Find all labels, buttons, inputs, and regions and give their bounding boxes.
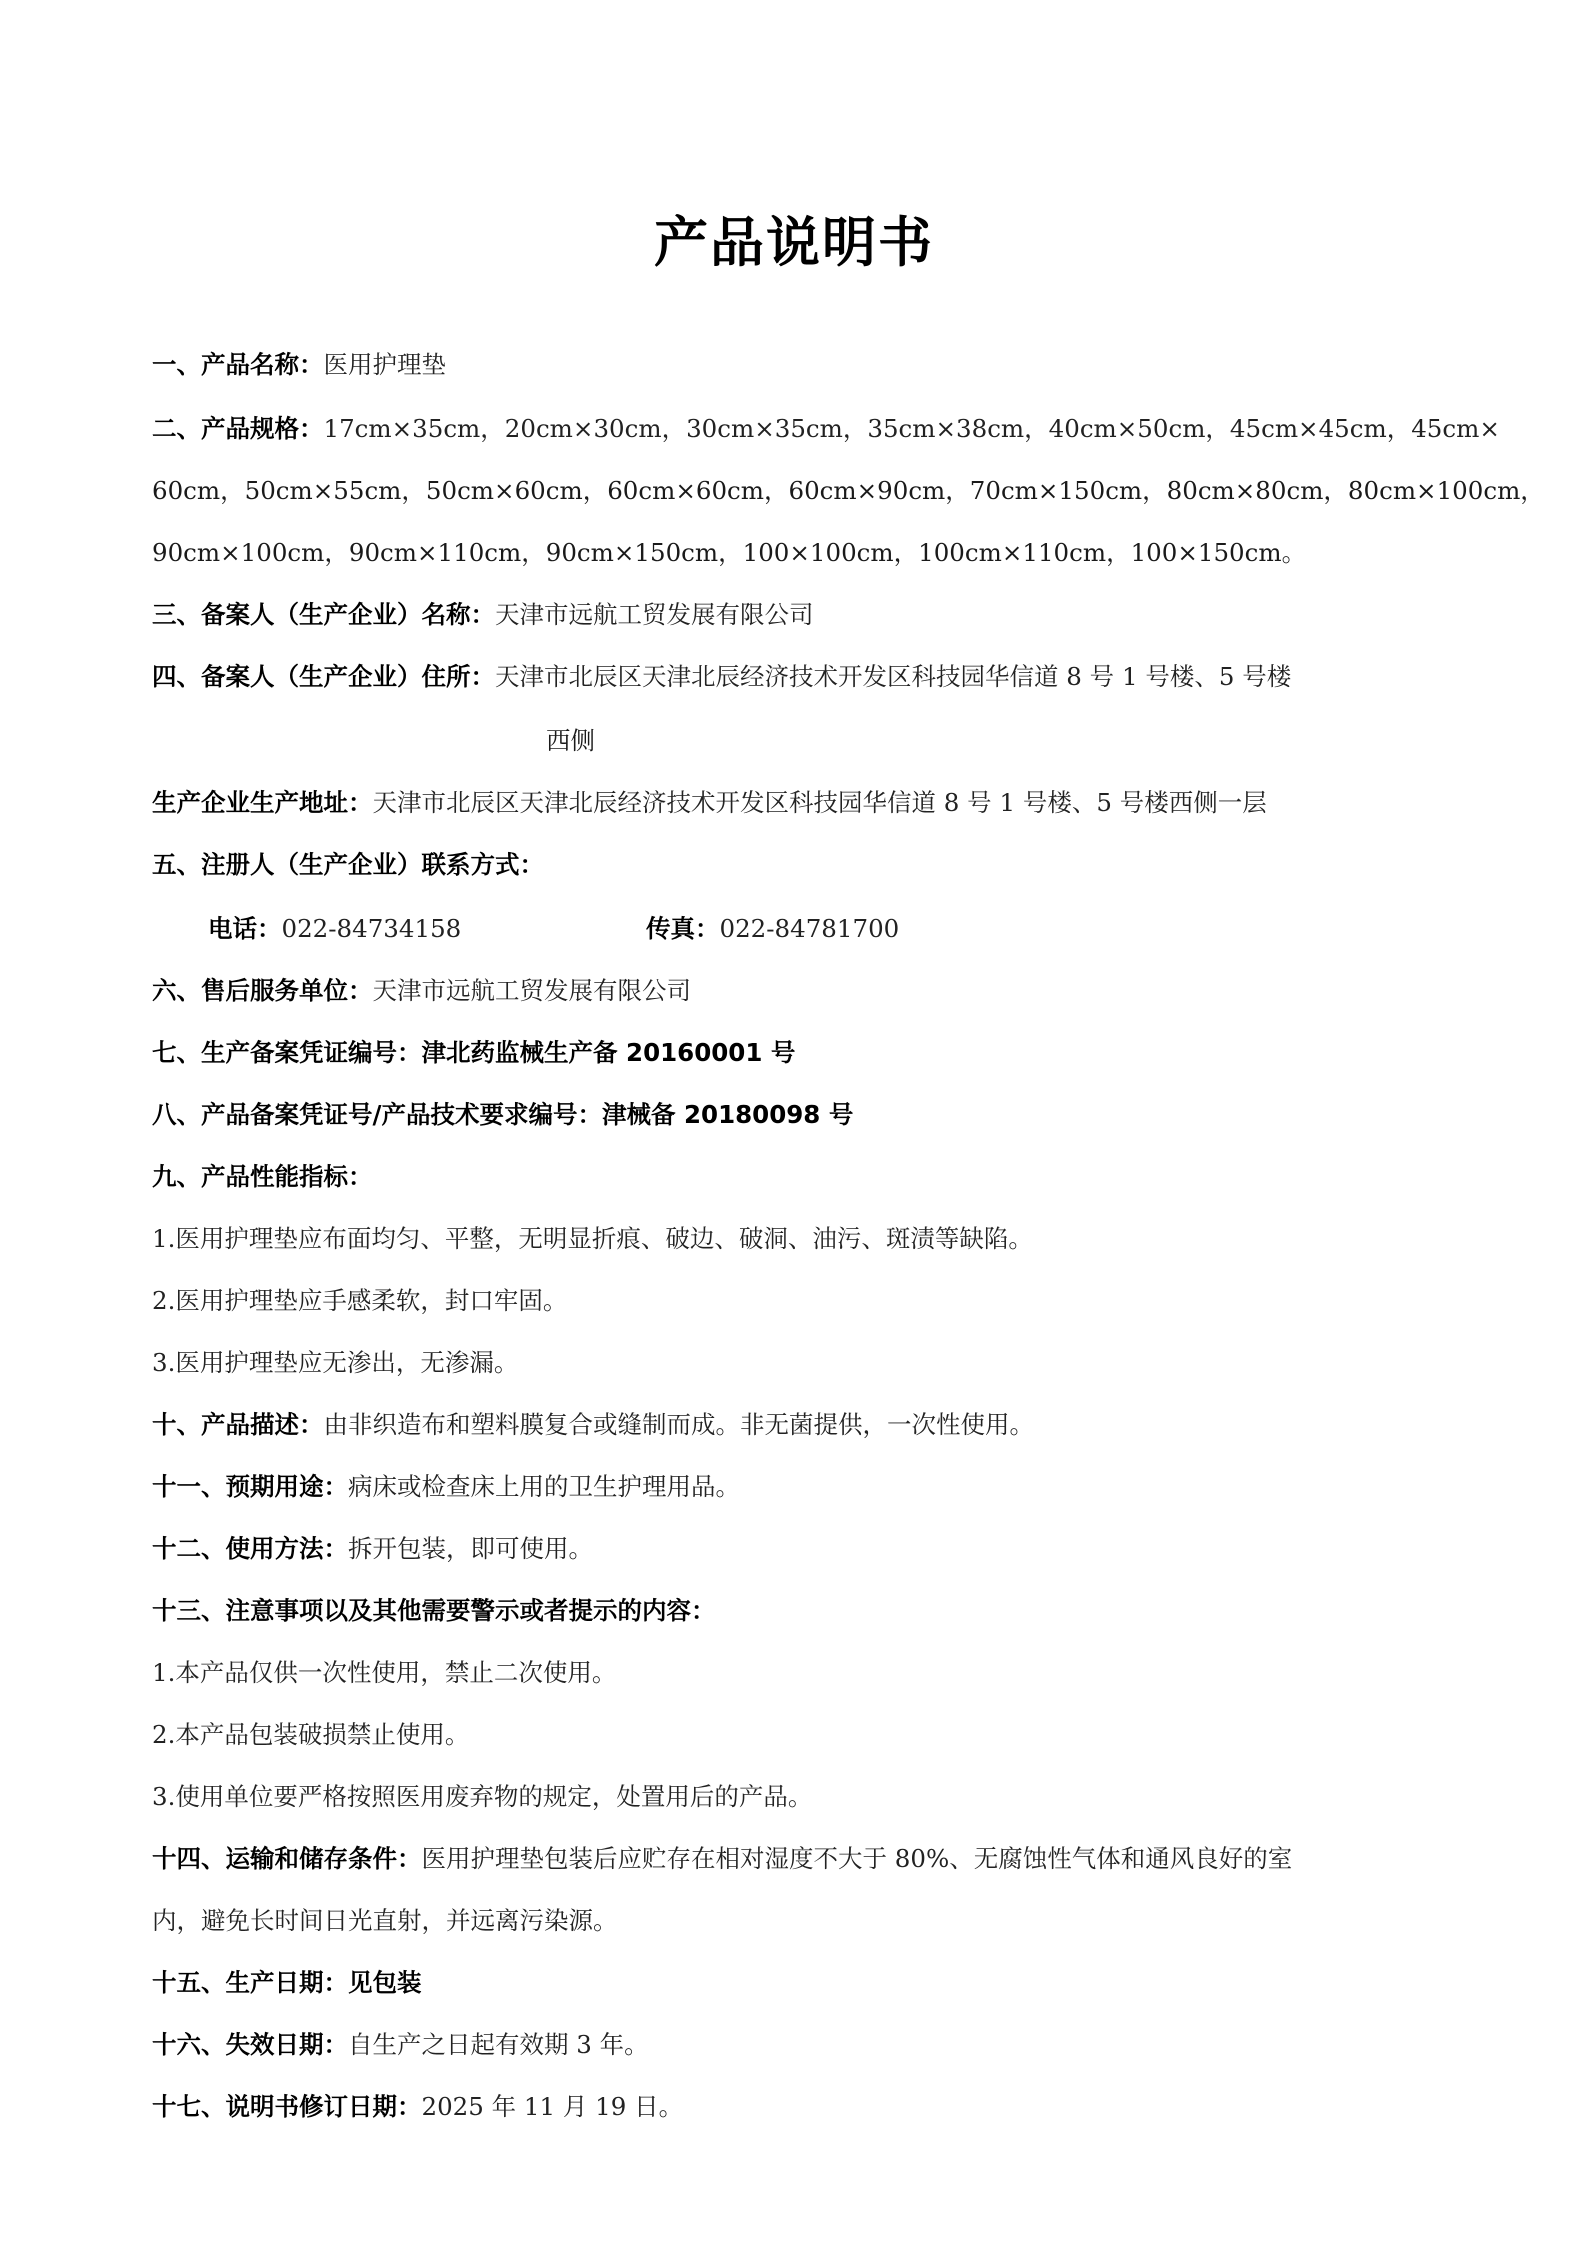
- section-value: 医用护理垫: [324, 350, 447, 379]
- section-label: 九、产品性能指标：: [152, 1162, 373, 1191]
- section-value: 由非织造布和塑料膜复合或缝制而成。非无菌提供，一次性使用。: [324, 1410, 1035, 1439]
- section-label: 十四、运输和储存条件：: [152, 1844, 422, 1873]
- section-production-date: 十五、生产日期：见包装: [152, 1966, 422, 2000]
- section-contact: 五、注册人（生产企业）联系方式：: [152, 848, 544, 882]
- section-performance: 九、产品性能指标：: [152, 1160, 373, 1194]
- section-value: 津北药监械生产备 20160001 号: [422, 1038, 796, 1067]
- precaution-item: 2.本产品包装破损禁止使用。: [152, 1718, 469, 1752]
- section-label: 七、生产备案凭证编号：: [152, 1038, 422, 1067]
- section-product-filing-no: 八、产品备案凭证号/产品技术要求编号：津械备 20180098 号: [152, 1098, 853, 1132]
- performance-item: 1.医用护理垫应布面均匀、平整，无明显折痕、破边、破洞、油污、斑渍等缺陷。: [152, 1222, 1033, 1256]
- section-label: 五、注册人（生产企业）联系方式：: [152, 850, 544, 879]
- section-label: 十五、生产日期：: [152, 1968, 348, 1997]
- section-production-filing-no: 七、生产备案凭证编号：津北药监械生产备 20160001 号: [152, 1036, 795, 1070]
- precaution-item: 1.本产品仅供一次性使用，禁止二次使用。: [152, 1656, 616, 1690]
- section-storage: 十四、运输和储存条件：医用护理垫包装后应贮存在相对湿度不大于 80%、无腐蚀性气…: [152, 1842, 1292, 1876]
- section-precautions: 十三、注意事项以及其他需要警示或者提示的内容：: [152, 1594, 716, 1628]
- section-label: 十一、预期用途：: [152, 1472, 348, 1501]
- section-usage: 十二、使用方法：拆开包装，即可使用。: [152, 1532, 593, 1566]
- section-value: 见包装: [348, 1968, 422, 1997]
- section-label: 六、售后服务单位：: [152, 976, 373, 1005]
- section-label: 八、产品备案凭证号/产品技术要求编号：: [152, 1100, 602, 1129]
- section-filer-address: 四、备案人（生产企业）住所：天津市北辰区天津北辰经济技术开发区科技园华信道 8 …: [152, 660, 1291, 694]
- section-value: 天津市远航工贸发展有限公司: [495, 600, 814, 629]
- section-specs-line2: 60cm，50cm×55cm，50cm×60cm，60cm×60cm，60cm×…: [152, 474, 1545, 508]
- section-specs-line1: 二、产品规格：17cm×35cm，20cm×30cm，30cm×35cm，35c…: [152, 412, 1500, 446]
- contact-fax: 传真：022-84781700: [646, 912, 899, 946]
- phone-label: 电话：: [208, 914, 282, 943]
- precaution-item: 3.使用单位要严格按照医用废弃物的规定，处置用后的产品。: [152, 1780, 812, 1814]
- section-label: 十七、说明书修订日期：: [152, 2092, 422, 2121]
- section-value: 天津市远航工贸发展有限公司: [373, 976, 692, 1005]
- fax-value: 022-84781700: [720, 914, 900, 943]
- performance-item: 2.医用护理垫应手感柔软，封口牢固。: [152, 1284, 567, 1318]
- section-label: 十六、失效日期：: [152, 2030, 348, 2059]
- section-value: 天津市北辰区天津北辰经济技术开发区科技园华信道 8 号 1 号楼、5 号楼西侧一…: [373, 788, 1267, 817]
- section-revision-date: 十七、说明书修订日期：2025 年 11 月 19 日。: [152, 2090, 683, 2124]
- section-value: 2025 年 11 月 19 日。: [422, 2092, 684, 2121]
- section-label: 生产企业生产地址：: [152, 788, 373, 817]
- section-specs-line3: 90cm×100cm，90cm×110cm，90cm×150cm，100×100…: [152, 536, 1306, 570]
- section-value: 天津市北辰区天津北辰经济技术开发区科技园华信道 8 号 1 号楼、5 号楼: [495, 662, 1291, 691]
- section-intended-use: 十一、预期用途：病床或检查床上用的卫生护理用品。: [152, 1470, 740, 1504]
- section-label: 十、产品描述：: [152, 1410, 324, 1439]
- phone-value: 022-84734158: [282, 914, 462, 943]
- section-expiry-date: 十六、失效日期：自生产之日起有效期 3 年。: [152, 2028, 649, 2062]
- document-title: 产品说明书: [0, 200, 1588, 277]
- section-value: 拆开包装，即可使用。: [348, 1534, 593, 1563]
- section-description: 十、产品描述：由非织造布和塑料膜复合或缝制而成。非无菌提供，一次性使用。: [152, 1408, 1034, 1442]
- section-label: 十二、使用方法：: [152, 1534, 348, 1563]
- section-value: 津械备 20180098 号: [602, 1100, 853, 1129]
- section-value: 17cm×35cm，20cm×30cm，30cm×35cm，35cm×38cm，…: [324, 414, 1500, 443]
- section-after-sales: 六、售后服务单位：天津市远航工贸发展有限公司: [152, 974, 691, 1008]
- section-production-address: 生产企业生产地址：天津市北辰区天津北辰经济技术开发区科技园华信道 8 号 1 号…: [152, 786, 1267, 820]
- section-value: 病床或检查床上用的卫生护理用品。: [348, 1472, 740, 1501]
- section-filer-address-line2: 西侧: [546, 724, 595, 758]
- section-product-name: 一、产品名称：医用护理垫: [152, 348, 446, 382]
- contact-phone: 电话：022-84734158: [208, 912, 461, 946]
- document-page: 产品说明书 一、产品名称：医用护理垫 二、产品规格：17cm×35cm，20cm…: [0, 0, 1588, 2244]
- section-label: 十三、注意事项以及其他需要警示或者提示的内容：: [152, 1596, 716, 1625]
- performance-item: 3.医用护理垫应无渗出，无渗漏。: [152, 1346, 518, 1380]
- section-filer-name: 三、备案人（生产企业）名称：天津市远航工贸发展有限公司: [152, 598, 814, 632]
- section-label: 四、备案人（生产企业）住所：: [152, 662, 495, 691]
- section-value: 医用护理垫包装后应贮存在相对湿度不大于 80%、无腐蚀性气体和通风良好的室: [422, 1844, 1293, 1873]
- section-label: 二、产品规格：: [152, 414, 324, 443]
- fax-label: 传真：: [646, 914, 720, 943]
- section-label: 三、备案人（生产企业）名称：: [152, 600, 495, 629]
- section-label: 一、产品名称：: [152, 350, 324, 379]
- section-storage-line2: 内，避免长时间日光直射，并远离污染源。: [152, 1904, 618, 1938]
- section-value: 自生产之日起有效期 3 年。: [348, 2030, 649, 2059]
